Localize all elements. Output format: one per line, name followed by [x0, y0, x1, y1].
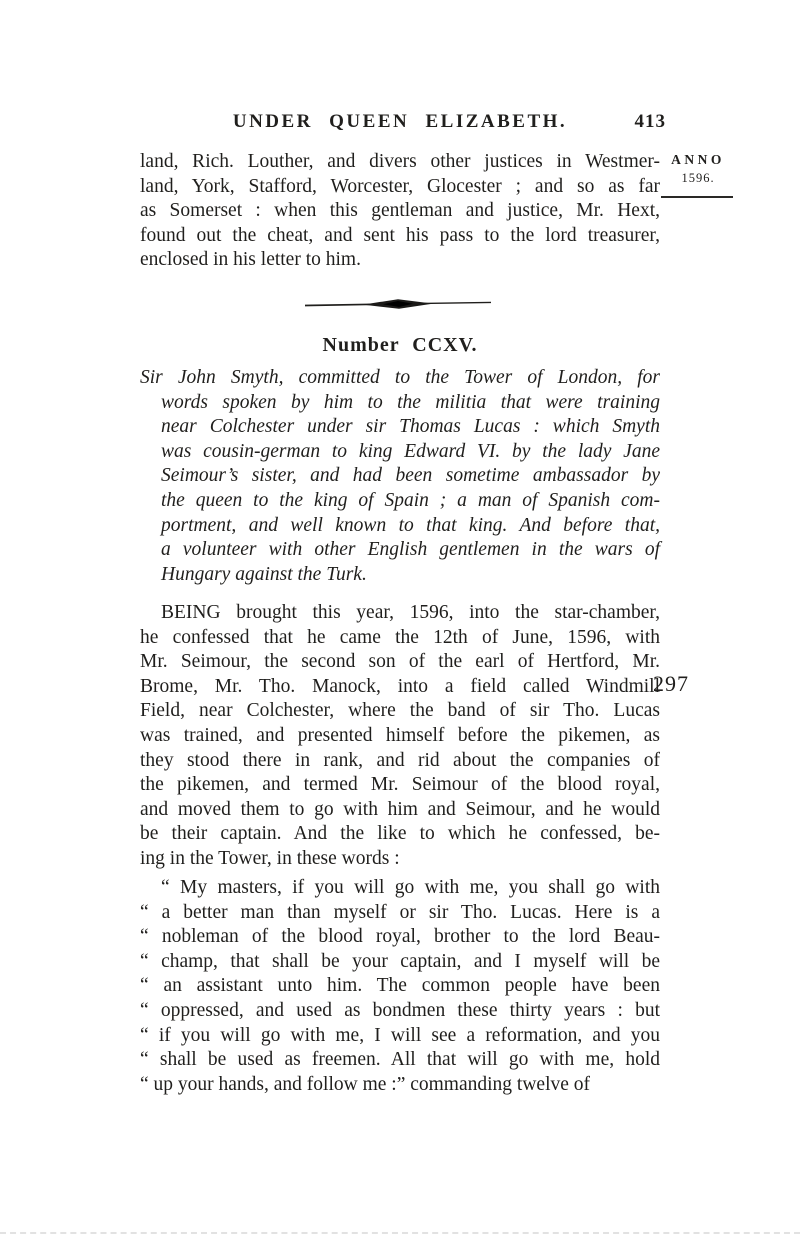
text-line: BEING brought this year, 1596, into the …	[140, 601, 660, 626]
body-paragraph: BEING brought this year, 1596, into the …	[140, 601, 660, 872]
text-line: Field, near Colchester, where the band o…	[140, 699, 660, 724]
running-header: UNDER QUEEN ELIZABETH. 413	[140, 110, 660, 136]
page-number: 413	[635, 110, 667, 134]
anno-year: 1596.	[662, 170, 734, 186]
text-line: “ a better man than myself or sir Tho. L…	[140, 901, 660, 926]
anno-label: ANNO	[662, 152, 734, 168]
anno-margin-note: ANNO 1596.	[662, 152, 734, 186]
text-line: was trained, and presented himself befor…	[140, 724, 660, 749]
text-line: “ nobleman of the blood royal, brother t…	[140, 925, 660, 950]
text-line: near Colchester under sir Thomas Lucas :…	[140, 415, 660, 440]
text-line: be their captain. And the like to which …	[140, 822, 660, 847]
margin-note-rule	[661, 196, 733, 198]
text-line: Mr. Seimour, the second son of the earl …	[140, 650, 660, 675]
text-line: the queen to the king of Spain ; a man o…	[140, 489, 660, 514]
text-line: the pikemen, and termed Mr. Seimour of t…	[140, 773, 660, 798]
text-line: “ oppressed, and used as bondmen these t…	[140, 999, 660, 1024]
text-line: land, Rich. Louther, and divers other ju…	[140, 150, 660, 175]
text-line: a volunteer with other English gentlemen…	[140, 538, 660, 563]
text-line: was cousin-german to king Edward VI. by …	[140, 440, 660, 465]
text-line: “ shall be used as freemen. All that wil…	[140, 1048, 660, 1073]
text-line: found out the cheat, and sent his pass t…	[140, 224, 660, 249]
text-line: portment, and well known to that king. A…	[140, 514, 660, 539]
marginal-page-ref: 297	[653, 671, 689, 697]
text-line: “ up your hands, and follow me :” comman…	[140, 1073, 660, 1098]
text-line: Hungary against the Turk.	[140, 563, 660, 588]
text-line: Seimour’s sister, and had been sometime …	[140, 464, 660, 489]
book-page-scan: UNDER QUEEN ELIZABETH. 413 ANNO 1596. la…	[0, 0, 800, 1237]
text-line: “ champ, that shall be your captain, and…	[140, 950, 660, 975]
text-line: enclosed in his letter to him.	[140, 248, 660, 273]
quote-paragraph: “ My masters, if you will go with me, yo…	[140, 876, 660, 1097]
summary-paragraph: Sir John Smyth, committed to the Tower o…	[140, 366, 660, 587]
text-line: Sir John Smyth, committed to the Tower o…	[140, 366, 660, 391]
text-line: land, York, Stafford, Worcester, Glocest…	[140, 175, 660, 200]
text-line: as Somerset : when this gentleman and ju…	[140, 199, 660, 224]
text-line: “ My masters, if you will go with me, yo…	[140, 876, 660, 901]
text-line: words spoken by him to the militia that …	[140, 391, 660, 416]
scan-artifact-bottom-edge	[0, 1232, 800, 1234]
text-line: “ an assistant unto him. The common peop…	[140, 974, 660, 999]
diamond-rule-ornament-icon	[303, 296, 493, 312]
text-line: they stood there in rank, and rid about …	[140, 749, 660, 774]
page-title: UNDER QUEEN ELIZABETH.	[140, 110, 660, 134]
text-line: and moved them to go with him and Seimou…	[140, 798, 660, 823]
section-heading: Number CCXV.	[140, 332, 660, 358]
text-line: he confessed that he came the 12th of Ju…	[140, 626, 660, 651]
text-line: Brome, Mr. Tho. Manock, into a field cal…	[140, 675, 660, 700]
text-line: ing in the Tower, in these words :	[140, 847, 660, 872]
text-line: “ if you will go with me, I will see a r…	[140, 1024, 660, 1049]
intro-paragraph: land, Rich. Louther, and divers other ju…	[140, 150, 660, 273]
